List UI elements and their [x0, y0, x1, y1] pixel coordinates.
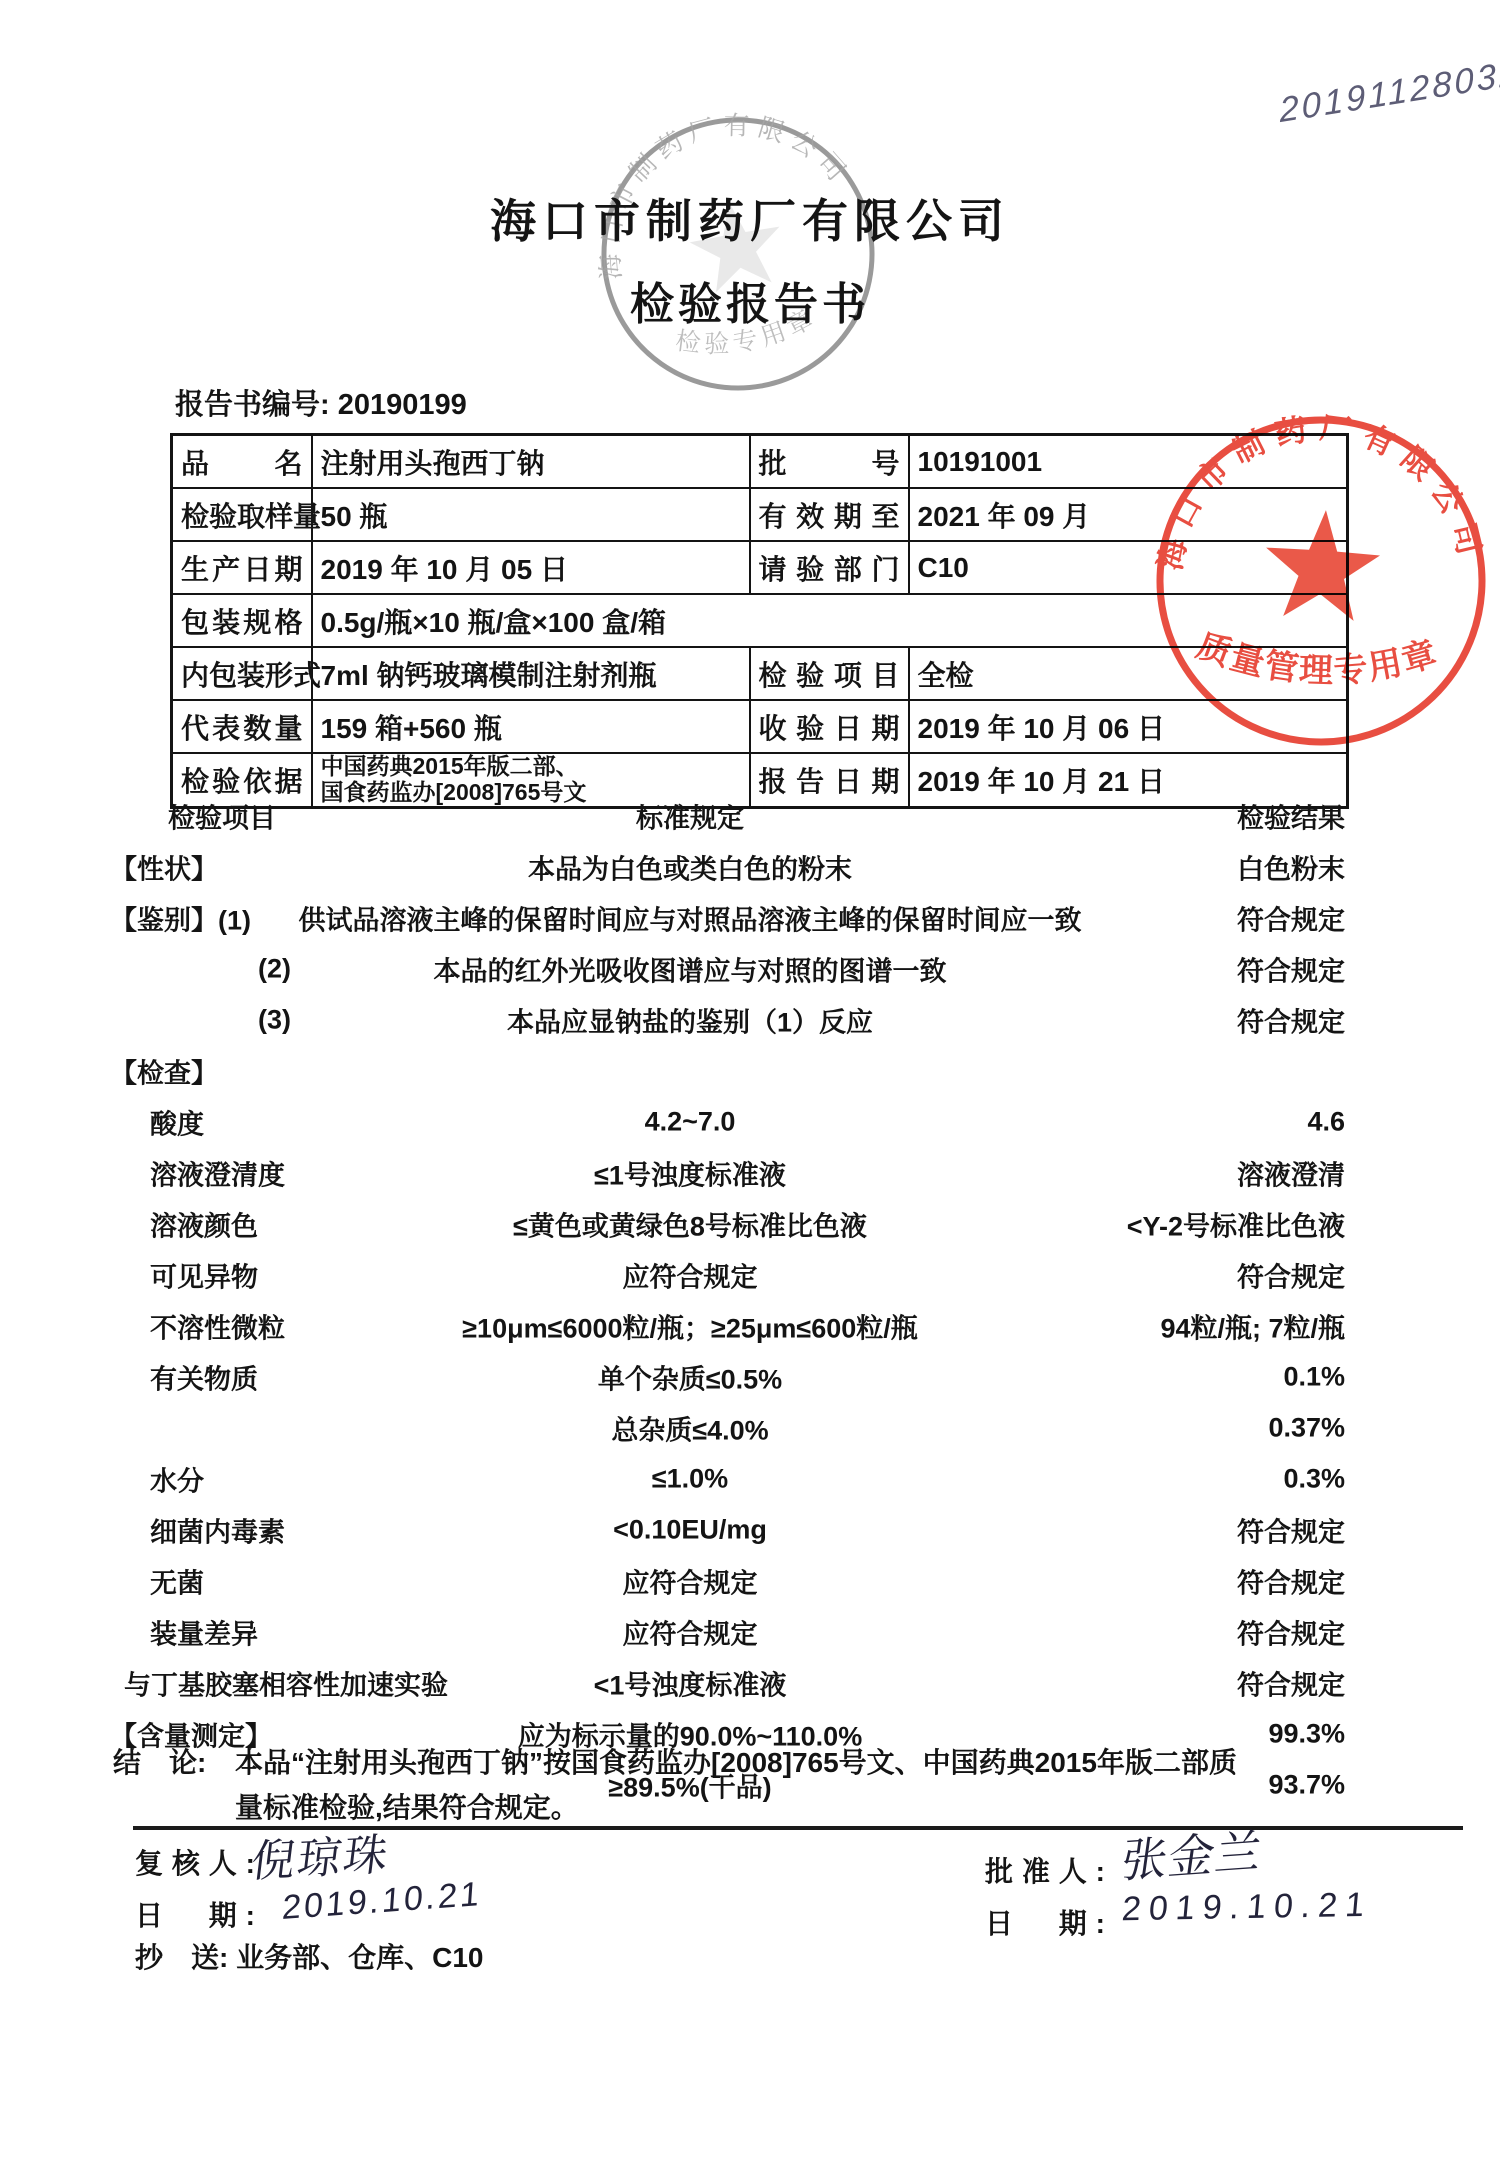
- result-row: 细菌内毒素 <0.10EU/mg 符合规定: [110, 1504, 1395, 1555]
- result-value: 4.6: [1307, 1106, 1345, 1137]
- result-value: 符合规定: [1237, 1561, 1345, 1600]
- document-title: 检验报告书: [0, 268, 1500, 332]
- result-row: (3) 本品应显钠盐的鉴别（1）反应 符合规定: [110, 994, 1395, 1045]
- result-item: 【鉴别】(1): [110, 898, 251, 937]
- result-value: 溶液澄清: [1237, 1153, 1345, 1192]
- report-number-label: 报告书编号:: [175, 389, 330, 421]
- info-label: 检验取样量: [172, 488, 312, 541]
- result-item: 酸度: [110, 1102, 204, 1141]
- result-value: 0.3%: [1283, 1463, 1345, 1494]
- results-header-row: 检验项目 标准规定 检验结果: [110, 790, 1395, 841]
- result-item: 有关物质: [110, 1357, 258, 1396]
- quality-management-red-stamp: 海口市制药厂有限公司 质量管理专用章: [1136, 396, 1500, 765]
- info-label: 有效期至: [750, 488, 909, 541]
- result-value: 0.1%: [1283, 1361, 1345, 1392]
- result-value: 94粒/瓶; 7粒/瓶: [1160, 1306, 1345, 1345]
- result-row: 装量差异 应符合规定 符合规定: [110, 1606, 1395, 1657]
- cc-value: 业务部、仓库、C10: [236, 1942, 483, 1973]
- result-value: 白色粉末: [1237, 847, 1345, 886]
- info-label: 代表数量: [172, 700, 312, 753]
- result-row: 溶液澄清度 ≤1号浊度标准液 溶液澄清: [110, 1147, 1395, 1198]
- info-label: 生产日期: [172, 541, 312, 594]
- result-value: <Y-2号标准比色液: [1127, 1204, 1345, 1243]
- result-row: 【鉴别】(1) 供试品溶液主峰的保留时间应与对照品溶液主峰的保留时间应一致 符合…: [110, 892, 1395, 943]
- info-value: 2019 年 10 月 05 日: [312, 541, 750, 594]
- result-row: 有关物质 单个杂质≤0.5% 0.1%: [110, 1351, 1395, 1402]
- results-section: 检验项目 标准规定 检验结果 【性状】 本品为白色或类白色的粉末 白色粉末 【鉴…: [110, 790, 1395, 1810]
- result-item: (3): [110, 1004, 291, 1035]
- info-value: 159 箱+560 瓶: [312, 700, 750, 753]
- approver-label: 批准人:: [985, 1850, 1105, 1890]
- conclusion-label: 结 论:: [113, 1740, 235, 1830]
- result-value: 符合规定: [1237, 1612, 1345, 1651]
- test-basis-line-1: 中国药典2015年版二部、: [321, 754, 741, 780]
- info-label: 包装规格: [172, 594, 312, 647]
- info-value: 7ml 钠钙玻璃模制注射剂瓶: [312, 647, 750, 700]
- cc-line: 抄 送: 业务部、仓库、C10: [135, 1936, 483, 1976]
- approver-signature: 张金兰: [1117, 1815, 1267, 1892]
- red-stamp-star: [1261, 506, 1382, 622]
- result-row: 【检查】: [110, 1045, 1395, 1096]
- result-item: 溶液颜色: [110, 1204, 258, 1243]
- result-standard: 4.2~7.0: [645, 1106, 736, 1137]
- result-row: 溶液颜色 ≤黄色或黄绿色8号标准比色液 <Y-2号标准比色液: [110, 1198, 1395, 1249]
- result-item: (2): [110, 953, 291, 984]
- result-row: 可见异物 应符合规定 符合规定: [110, 1249, 1395, 1300]
- result-standard: 总杂质≤4.0%: [611, 1408, 768, 1447]
- result-row: (2) 本品的红外光吸收图谱应与对照的图谱一致 符合规定: [110, 943, 1395, 994]
- cc-label: 抄 送:: [135, 1942, 228, 1973]
- approver-date-handwritten: 2019.10.21: [1120, 1886, 1374, 1929]
- conclusion-text: 本品“注射用头孢西丁钠”按国食药监办[2008]765号文、中国药典2015年版…: [235, 1740, 1237, 1830]
- info-label: 收验日期: [750, 700, 909, 753]
- result-item: 不溶性微粒: [110, 1306, 285, 1345]
- approver-date-label: 日 期:: [985, 1902, 1105, 1942]
- report-number-line: 报告书编号: 20190199: [175, 382, 467, 423]
- reviewer-label: 复核人:: [135, 1842, 255, 1882]
- result-standard: ≤1号浊度标准液: [594, 1153, 786, 1192]
- result-standard: <1号浊度标准液: [594, 1663, 787, 1702]
- result-standard: 应符合规定: [623, 1255, 758, 1294]
- result-item: 与丁基胶塞相容性加速实验: [110, 1663, 448, 1702]
- conclusion-block: 结 论: 本品“注射用头孢西丁钠”按国食药监办[2008]765号文、中国药典2…: [113, 1740, 1413, 1830]
- result-item: 无菌: [110, 1561, 204, 1600]
- result-value: 0.37%: [1268, 1412, 1345, 1443]
- reviewer-signature: 倪琼珠: [248, 1818, 394, 1890]
- info-label: 批号: [750, 435, 909, 489]
- report-number-value: 20190199: [338, 389, 467, 421]
- results-header-result: 检验结果: [1237, 796, 1345, 835]
- result-value: 符合规定: [1237, 949, 1345, 988]
- info-value: 注射用头孢西丁钠: [312, 435, 750, 489]
- result-standard: 应符合规定: [623, 1561, 758, 1600]
- results-header-standard: 标准规定: [636, 796, 744, 835]
- inspection-report-page: 20191128032 海口市制药厂有限公司 检验专用章 海口市制药厂有限公司 …: [0, 0, 1500, 2157]
- result-row: 总杂质≤4.0% 0.37%: [110, 1402, 1395, 1453]
- result-item: 【检查】: [110, 1051, 218, 1090]
- result-standard: 本品应显钠盐的鉴别（1）反应: [507, 1000, 873, 1039]
- result-value: 符合规定: [1237, 1000, 1345, 1039]
- result-row: 水分 ≤1.0% 0.3%: [110, 1453, 1395, 1504]
- result-standard: ≤1.0%: [652, 1463, 728, 1494]
- result-item: 水分: [110, 1459, 204, 1498]
- result-row: 【性状】 本品为白色或类白色的粉末 白色粉末: [110, 841, 1395, 892]
- conclusion-line-1: 本品“注射用头孢西丁钠”按国食药监办[2008]765号文、中国药典2015年版…: [235, 1740, 1237, 1785]
- result-row: 无菌 应符合规定 符合规定: [110, 1555, 1395, 1606]
- info-label: 请验部门: [750, 541, 909, 594]
- result-row: 酸度 4.2~7.0 4.6: [110, 1096, 1395, 1147]
- result-standard: ≥10μm≤6000粒/瓶；≥25μm≤600粒/瓶: [462, 1306, 918, 1345]
- result-standard: <0.10EU/mg: [613, 1514, 767, 1545]
- handwritten-reference-number: 20191128032: [1278, 53, 1500, 131]
- result-item: 细菌内毒素: [110, 1510, 285, 1549]
- result-standard: 本品的红外光吸收图谱应与对照的图谱一致: [434, 949, 947, 988]
- result-standard: ≤黄色或黄绿色8号标准比色液: [513, 1204, 867, 1243]
- result-standard: 本品为白色或类白色的粉末: [528, 847, 852, 886]
- result-value: 符合规定: [1237, 898, 1345, 937]
- result-item: 装量差异: [110, 1612, 258, 1651]
- result-item: 溶液澄清度: [110, 1153, 285, 1192]
- red-stamp-bottom-text: 质量管理专用章: [1190, 617, 1445, 700]
- result-item: 可见异物: [110, 1255, 258, 1294]
- result-value: 符合规定: [1237, 1255, 1345, 1294]
- result-row: 与丁基胶塞相容性加速实验 <1号浊度标准液 符合规定: [110, 1657, 1395, 1708]
- result-standard: 应符合规定: [623, 1612, 758, 1651]
- info-label: 内包装形式: [172, 647, 312, 700]
- results-header-item: 检验项目: [110, 796, 276, 835]
- info-label: 品名: [172, 435, 312, 489]
- info-label: 检验项目: [750, 647, 909, 700]
- result-row: 不溶性微粒 ≥10μm≤6000粒/瓶；≥25μm≤600粒/瓶 94粒/瓶; …: [110, 1300, 1395, 1351]
- reviewer-date-label: 日 期:: [135, 1894, 255, 1934]
- result-standard: 单个杂质≤0.5%: [598, 1357, 782, 1396]
- company-title: 海口市制药厂有限公司: [0, 185, 1500, 251]
- result-value: 符合规定: [1237, 1510, 1345, 1549]
- result-value: 符合规定: [1237, 1663, 1345, 1702]
- info-value: 50 瓶: [312, 488, 750, 541]
- company-seal-grey-stamp: 海口市制药厂有限公司 检验专用章: [569, 85, 907, 423]
- svg-text:质量管理专用章: 质量管理专用章: [1190, 617, 1445, 700]
- result-standard: 供试品溶液主峰的保留时间应与对照品溶液主峰的保留时间应一致: [299, 898, 1082, 937]
- result-item: 【性状】: [110, 847, 218, 886]
